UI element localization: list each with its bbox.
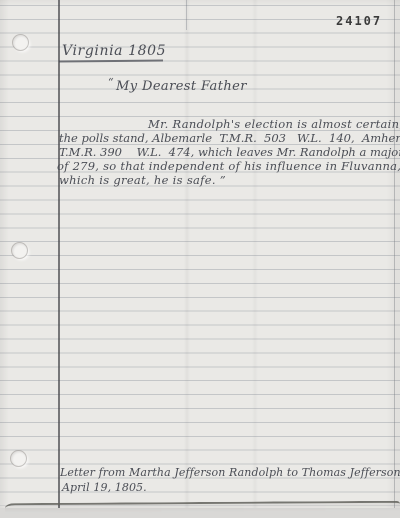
stamp-number: 24107 bbox=[336, 14, 382, 28]
punch-hole-top bbox=[13, 35, 28, 50]
heading-place-date: Virginia 1805 bbox=[62, 44, 166, 58]
paper-crease-line bbox=[186, 0, 187, 30]
letter-body-line: Mr. Randolph's election is almost certai… bbox=[148, 117, 400, 131]
ruled-lines bbox=[0, 0, 400, 506]
footer-annotation-line: April 19, 1805. bbox=[62, 481, 147, 495]
letter-body-line: the polls stand, Albemarle T.M.R. 503 W.… bbox=[59, 131, 400, 145]
margin-line bbox=[58, 0, 60, 508]
letter-body-line: T.M.R. 390 W.L. 474, which leaves Mr. Ra… bbox=[59, 145, 400, 159]
salutation-text: My Dearest Father bbox=[116, 79, 247, 94]
letter-body-line: which is great, he is safe. ” bbox=[59, 173, 226, 187]
punch-hole-middle bbox=[12, 243, 27, 258]
open-quote-mark: “ bbox=[108, 76, 114, 89]
salutation: “My Dearest Father bbox=[108, 80, 247, 94]
notebook-paper: 24107 Virginia 1805 “My Dearest Father M… bbox=[0, 0, 400, 508]
paper-bottom-edge bbox=[5, 501, 400, 513]
punch-hole-bottom bbox=[11, 451, 26, 466]
scanned-letter-page: 24107 Virginia 1805 “My Dearest Father M… bbox=[0, 0, 400, 518]
letter-body-line: of 279, so that independent of his influ… bbox=[57, 159, 400, 173]
paper-right-edge bbox=[394, 0, 395, 508]
footer-annotation-line: Letter from Martha Jefferson Randolph to… bbox=[60, 466, 400, 480]
